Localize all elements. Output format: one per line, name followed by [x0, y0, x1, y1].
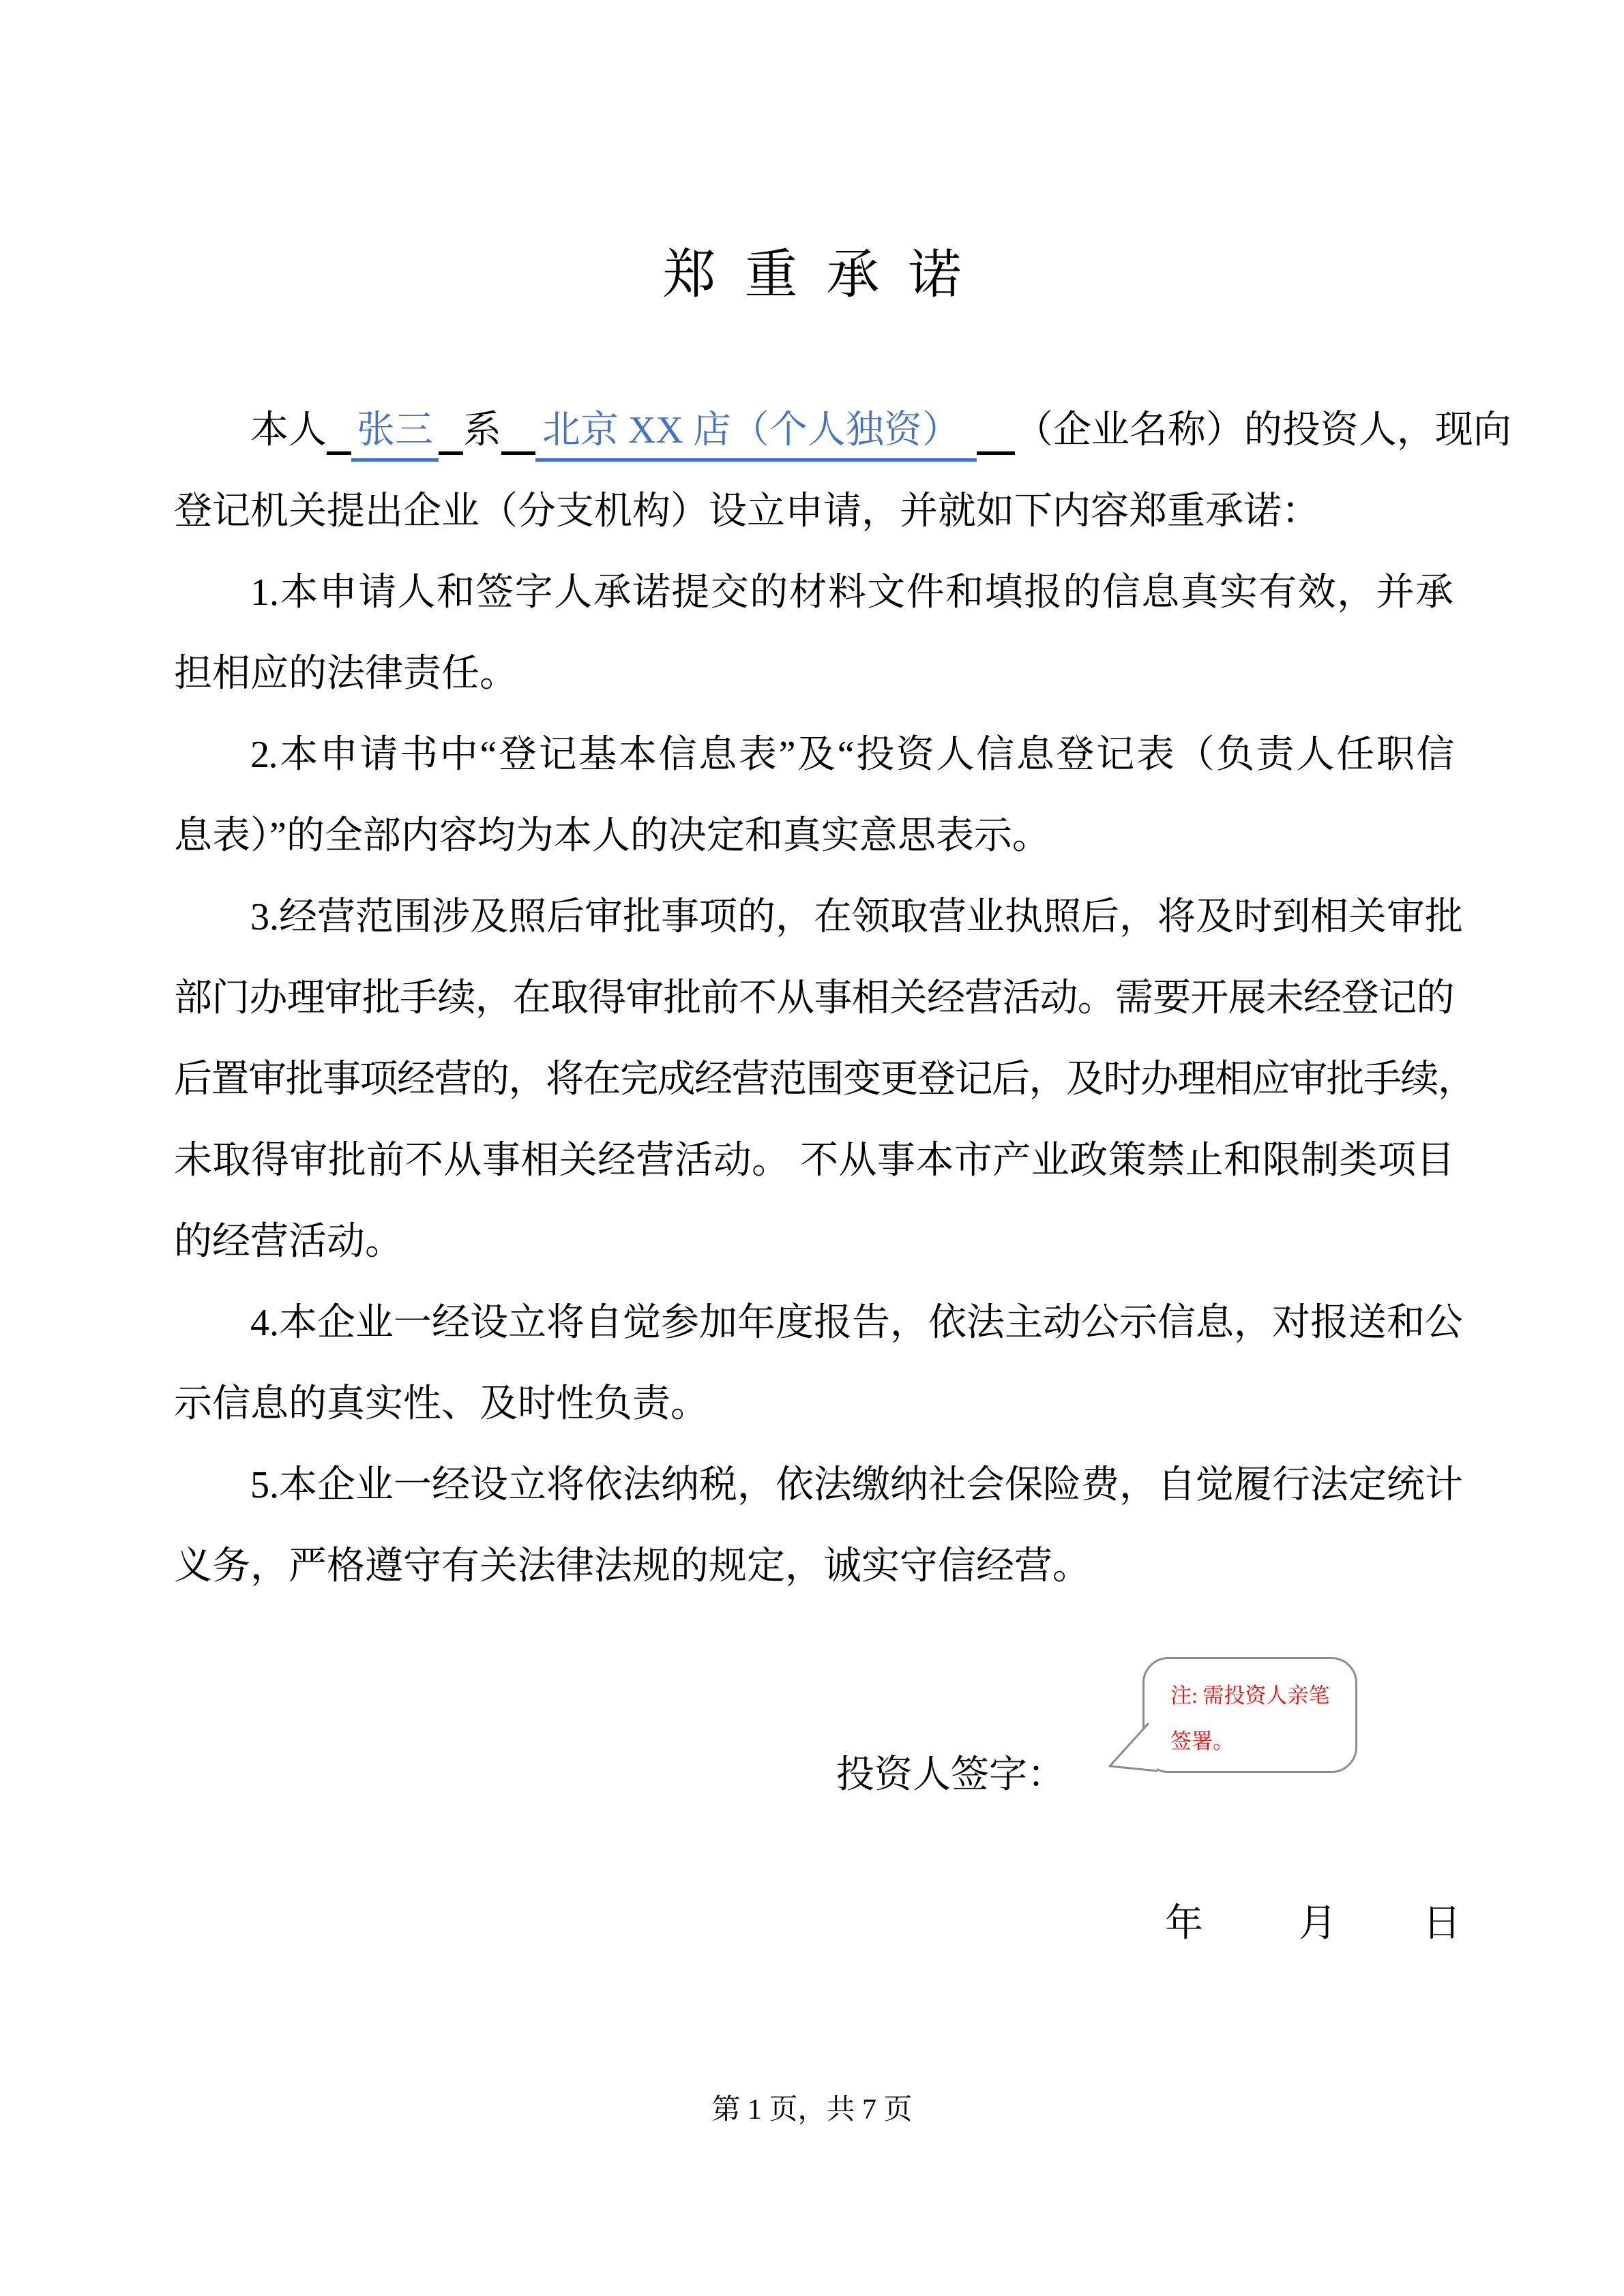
item-5-line: 义务，严格遵守有关法律法规的规定，诚实守信经营。 — [174, 1526, 1453, 1607]
page-number-footer: 第 1 页，共 7 页 — [0, 2093, 1624, 2126]
item-3-line: 后置审批事项经营的，将在完成经营范围变更登记后，及时办理相应审批手续， — [174, 1039, 1453, 1120]
intro-connector: 系 — [463, 409, 501, 451]
underline-blank — [501, 451, 535, 455]
callout-tail — [1091, 1708, 1173, 1783]
item-3-line: 部门办理审批手续，在取得审批前不从事相关经营活动。需要开展未经登记的 — [174, 958, 1453, 1039]
document-page: 郑重承诺 本人张三系北京 XX 店（个人独资）（企业名称）的投资人，现向 登记机… — [0, 0, 1624, 2296]
intro-suffix: （企业名称）的投资人，现向 — [1015, 409, 1511, 451]
item-3-line: 3.经营范围涉及照后审批事项的，在领取营业执照后，将及时到相关审批 — [174, 877, 1453, 958]
date-month-label: 月 — [1299, 1903, 1337, 1945]
document-body: 本人张三系北京 XX 店（个人独资）（企业名称）的投资人，现向 登记机关提出企业… — [174, 390, 1453, 1607]
date-line: 年月日 — [1165, 1903, 1461, 1945]
underline-blank — [327, 451, 351, 455]
document-title: 郑重承诺 — [0, 244, 1624, 305]
item-5-line: 5.本企业一经设立将依法纳税，依法缴纳社会保险费，自觉履行法定统计 — [174, 1445, 1453, 1526]
commitment-items: 1.本申请人和签字人承诺提交的材料文件和填报的信息真实有效，并承 担相应的法律责… — [174, 552, 1453, 1607]
date-day-label: 日 — [1423, 1903, 1461, 1945]
item-4-line: 4.本企业一经设立将自觉参加年度报告，依法主动公示信息，对报送和公 — [174, 1283, 1453, 1364]
intro-line-2: 登记机关提出企业（分支机构）设立申请，并就如下内容郑重承诺： — [174, 471, 1453, 552]
item-1-line: 1.本申请人和签字人承诺提交的材料文件和填报的信息真实有效，并承 — [174, 552, 1453, 633]
note-text-line: 注: 需投资人亲笔 — [1170, 1673, 1346, 1718]
investor-name-filled: 张三 — [351, 409, 439, 462]
note-text-line: 签署。 — [1170, 1718, 1346, 1764]
item-3-line: 的经营活动。 — [174, 1202, 1453, 1283]
item-3-line: 未取得审批前不从事相关经营活动。 不从事本市产业政策禁止和限制类项目 — [174, 1120, 1453, 1202]
item-4-line: 示信息的真实性、及时性负责。 — [174, 1364, 1453, 1445]
investor-signature-label: 投资人签字： — [836, 1754, 1065, 1796]
item-2-line: 息表）”的全部内容均为本人的决定和真实意思表示。 — [174, 796, 1453, 877]
note-callout-bubble: 注: 需投资人亲笔 签署。 — [1142, 1657, 1357, 1773]
item-1-line: 担相应的法律责任。 — [174, 633, 1453, 715]
company-name-filled: 北京 XX 店（个人独资） — [535, 409, 977, 462]
underline-blank — [977, 451, 1015, 455]
intro-prefix: 本人 — [250, 409, 327, 451]
item-2-line: 2.本申请书中“登记基本信息表”及“投资人信息登记表（负责人任职信 — [174, 715, 1453, 796]
underline-blank — [439, 451, 463, 455]
date-year-label: 年 — [1165, 1903, 1203, 1945]
note-text: 注: 需投资人亲笔 签署。 — [1170, 1673, 1346, 1764]
intro-line-1: 本人张三系北京 XX 店（个人独资）（企业名称）的投资人，现向 — [174, 390, 1453, 471]
